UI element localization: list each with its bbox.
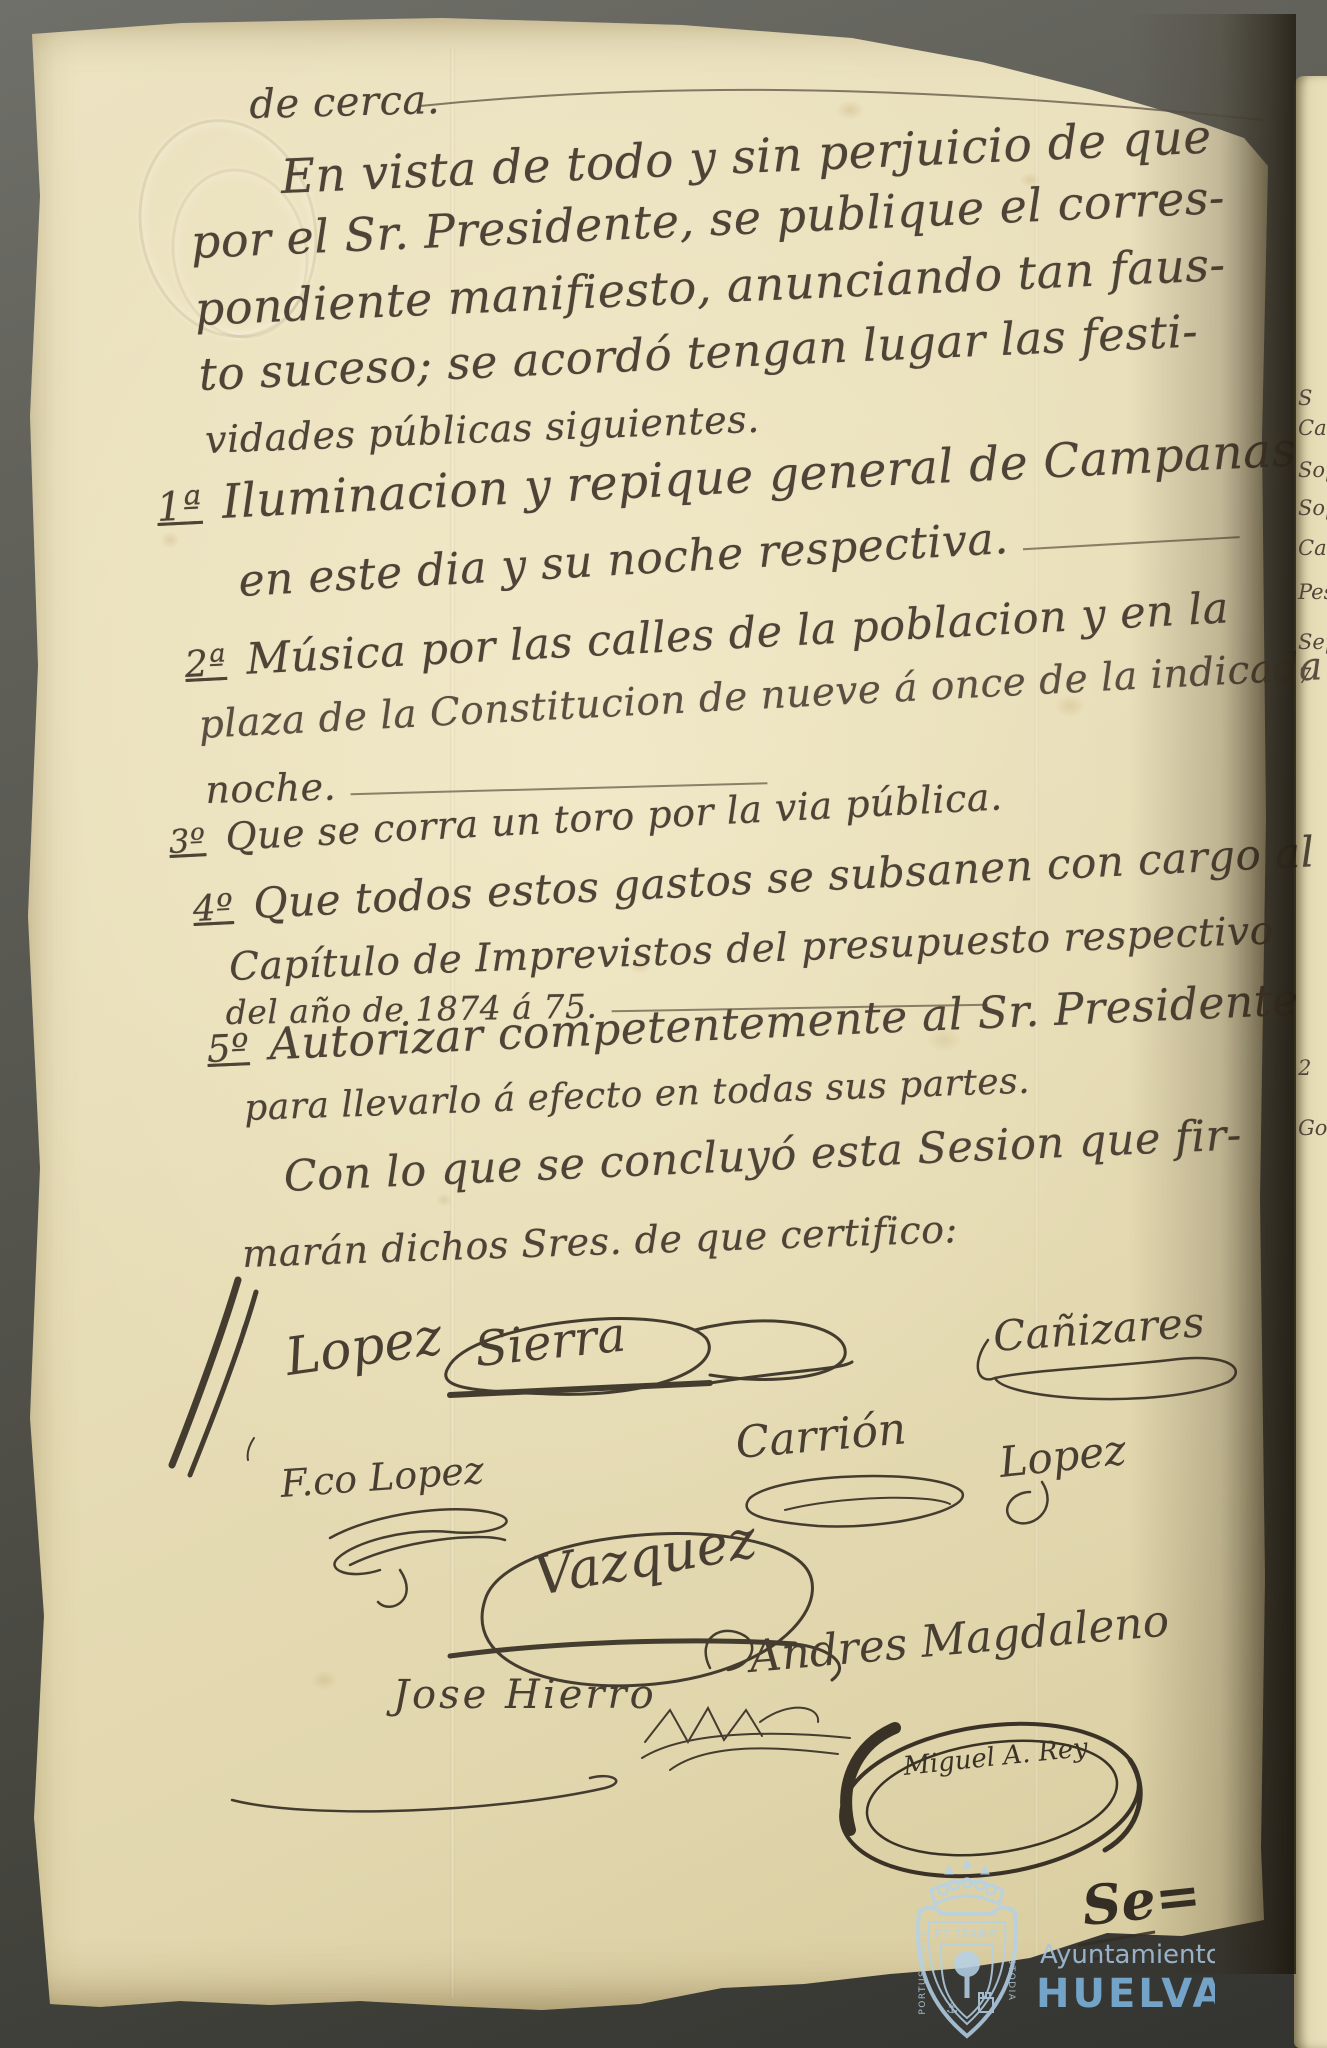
signature-jose-hierro: Jose Hierro: [393, 1672, 657, 1718]
margin-fragment: S: [1298, 386, 1312, 410]
margin-fragment: 2: [1298, 1056, 1311, 1080]
ink-rule: [1023, 536, 1240, 550]
catchword: Se=: [1079, 1862, 1204, 1938]
anchor-icon: ⚓: [946, 2001, 959, 2017]
document-scan: S Ca Sop Sop Ca Pes Sep 7 2 Go de cerca.…: [0, 0, 1327, 2048]
margin-fragment: Go: [1298, 1116, 1327, 1140]
margin-fragment: Sop: [1298, 496, 1327, 520]
margin-fragment: Ca: [1298, 416, 1327, 440]
line-text: de cerca.: [249, 77, 441, 128]
line-marker: 4º: [192, 887, 234, 930]
margin-fragment: Sop: [1298, 458, 1327, 482]
page-line: de cerca.: [249, 77, 441, 128]
line-marker: 5º: [206, 1025, 250, 1071]
line-marker: 3º: [168, 821, 207, 861]
watermark-city-name: HUELVA: [1036, 1971, 1215, 2017]
line-text: noche.: [205, 765, 337, 812]
margin-fragment: Ca: [1298, 536, 1327, 560]
line-marker: 2ª: [184, 641, 228, 686]
margin-fragment: Pes: [1298, 580, 1327, 604]
adjacent-page-edge: S Ca Sop Sop Ca Pes Sep 7 2 Go: [1294, 76, 1327, 2048]
line-marker: 1ª: [156, 483, 204, 531]
catchword-underline: [1092, 1949, 1144, 1961]
